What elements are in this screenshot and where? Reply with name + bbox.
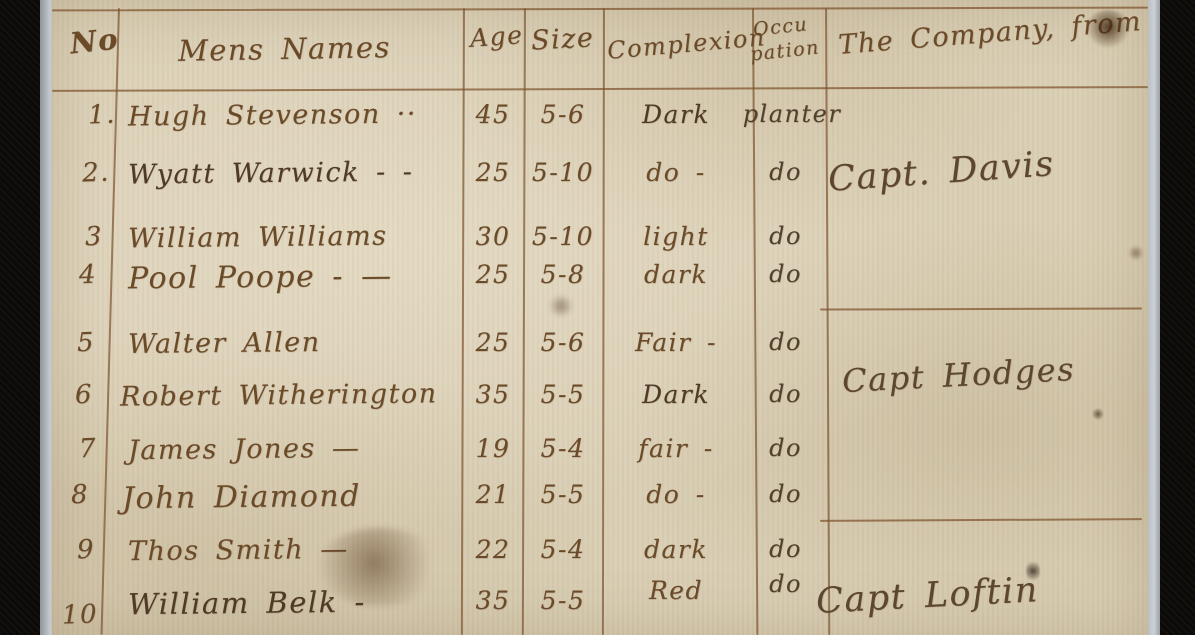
complexion-cell: dark	[605, 260, 747, 289]
occupation-cell: do	[749, 158, 822, 186]
occupation-cell: planter	[742, 100, 842, 128]
name-cell: Hugh Stevenson ··	[128, 98, 417, 132]
complexion-cell: Red	[605, 576, 747, 605]
row-number: 2.	[71, 157, 120, 189]
occupation-cell: do	[749, 222, 822, 250]
age-cell: 25	[464, 328, 522, 357]
size-cell: 5-5	[526, 586, 600, 615]
name-cell: William Williams	[128, 221, 388, 255]
name-cell: John Diamond	[122, 479, 361, 516]
age-cell: 30	[464, 222, 522, 251]
name-cell: Walter Allen	[128, 327, 321, 360]
header-age: Age	[469, 20, 524, 53]
size-cell: 5-6	[526, 100, 600, 129]
complexion-cell: Fair -	[605, 328, 747, 357]
age-cell: 22	[464, 535, 522, 564]
complexion-cell: do -	[605, 480, 747, 509]
complexion-cell: dark	[605, 535, 747, 564]
size-cell: 5-4	[526, 535, 600, 564]
complexion-cell: do -	[605, 158, 747, 187]
row-number: 10	[55, 599, 104, 631]
size-cell: 5-5	[526, 380, 600, 409]
age-cell: 25	[464, 158, 522, 187]
age-cell: 25	[464, 260, 522, 289]
name-cell: Wyatt Warwick - -	[128, 157, 414, 191]
occupation-cell: do	[749, 480, 822, 508]
occupation-cell: do	[749, 570, 822, 598]
complexion-cell: fair -	[605, 434, 747, 463]
row-number: 8	[55, 479, 104, 511]
row-number: 1.	[77, 99, 126, 131]
header-size: Size	[530, 22, 595, 56]
age-cell: 35	[464, 586, 522, 615]
occupation-cell: do	[749, 380, 822, 408]
row-number: 4	[63, 259, 112, 291]
row-number: 9	[61, 534, 110, 566]
complexion-cell: Dark	[605, 380, 747, 409]
name-cell: Thos Smith —	[128, 534, 349, 567]
name-cell: Pool Poope - —	[128, 259, 393, 297]
age-cell: 19	[464, 434, 522, 463]
row-number: 5	[61, 327, 110, 359]
name-cell: William Belk -	[128, 585, 366, 621]
header-mens-names: Mens Names	[178, 30, 391, 68]
row-number: 6	[59, 379, 108, 411]
size-cell: 5-10	[526, 158, 600, 187]
complexion-cell: light	[605, 222, 747, 251]
age-cell: 45	[464, 100, 522, 129]
header-no: No	[68, 22, 120, 61]
occupation-cell: do	[749, 260, 822, 288]
age-cell: 35	[464, 380, 522, 409]
occupation-cell: do	[749, 434, 822, 462]
age-cell: 21	[464, 480, 522, 509]
size-cell: 5-4	[526, 434, 600, 463]
row-number: 7	[63, 433, 112, 465]
size-cell: 5-5	[526, 480, 600, 509]
row-number: 3	[69, 221, 118, 253]
size-cell: 5-10	[526, 222, 600, 251]
size-cell: 5-8	[526, 260, 600, 289]
occupation-cell: do	[749, 328, 822, 356]
occupation-cell: do	[749, 535, 822, 563]
complexion-cell: Dark	[605, 100, 747, 129]
size-cell: 5-6	[526, 328, 600, 357]
name-cell: James Jones —	[128, 433, 361, 466]
name-cell: Robert Witherington	[120, 378, 438, 412]
